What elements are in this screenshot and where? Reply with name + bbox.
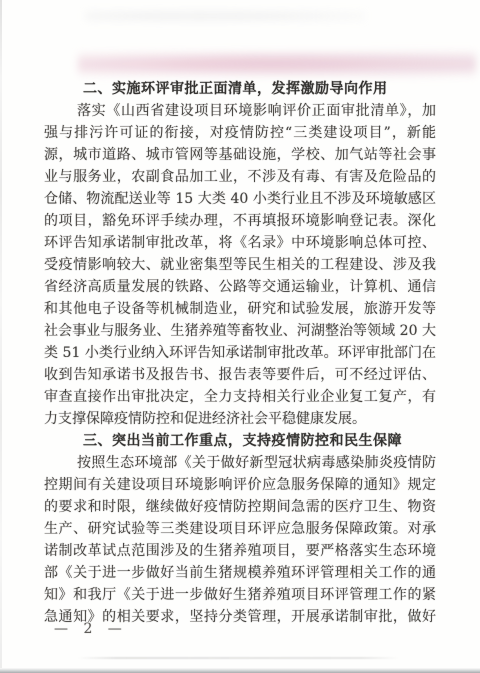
scan-left-edge-artifact xyxy=(0,0,2,673)
body-text-line: 落实《山西省建设项目环境影响评价正面审批清单》，加 xyxy=(44,100,436,122)
body-text-line: 和其他电子设备等机械制造业，研究和试验发展，旅游开发等 xyxy=(44,298,436,320)
scan-shadow-line xyxy=(78,657,400,659)
body-text-line: 力支撑保障疫情防控和促进经济社会平稳健康发展。 xyxy=(44,408,436,430)
body-text-line: 强与排污许可证的衔接，对疫情防控“三类建设项目”，新能 xyxy=(44,122,436,144)
body-text-line: 环评告知承诺制审批改革，将《名录》中环境影响总体可控、 xyxy=(44,232,436,254)
document-body: 二、实施环评审批正面清单，发挥激励导向作用落实《山西省建设项目环境影响评价正面审… xyxy=(44,78,436,628)
ink-bleedthrough-artifact xyxy=(78,46,476,78)
body-text-line: 省经济高质量发展的铁路、公路等交通运输业，计算机、通信 xyxy=(44,276,436,298)
body-text-line: 按照生态环境部《关于做好新型冠状病毒感染肺炎疫情防 xyxy=(44,452,436,474)
scan-smudge-artifact xyxy=(85,8,365,24)
body-text-line: 部《关于进一步做好当前生猪规模养殖环评管理相关工作的通 xyxy=(44,562,436,584)
body-text-line: 知》和我厅《关于进一步做好生猪养殖项目环评管理工作的紧 xyxy=(44,584,436,606)
body-text-line: 审查直接作出审批决定，全力支持相关行业企业复工复产，有 xyxy=(44,386,436,408)
body-text-line: 的要求和时限，继续做好疫情防控期间急需的医疗卫生、物资 xyxy=(44,496,436,518)
body-text-line: 社会事业与服务业、生猪养殖等畜牧业、河湖整治等领域 20 大 xyxy=(44,320,436,342)
section-heading: 三、突出当前工作重点，支持疫情防控和民生保障 xyxy=(44,430,436,452)
section-heading: 二、实施环评审批正面清单，发挥激励导向作用 xyxy=(44,78,436,100)
scanned-document-page: 二、实施环评审批正面清单，发挥激励导向作用落实《山西省建设项目环境影响评价正面审… xyxy=(0,0,480,673)
body-text-line: 的项目，豁免环评手续办理，不再填报环境影响登记表。深化 xyxy=(44,210,436,232)
body-text-line: 生产、研究试验等三类建设项目环评应急服务保障政策。对承 xyxy=(44,518,436,540)
body-text-line: 受疫情影响较大、就业密集型等民生相关的工程建设、涉及我 xyxy=(44,254,436,276)
body-text-line: 业与服务业，农副食品加工业，不涉及有毒、有害及危险品的 xyxy=(44,166,436,188)
body-text-line: 诺制改革试点范围涉及的生猪养殖项目，要严格落实生态环境 xyxy=(44,540,436,562)
body-text-line: 收到告知承诺书及报告书、报告表等要件后，可不经过评估、 xyxy=(44,364,436,386)
scan-bottom-edge xyxy=(0,668,480,673)
body-text-line: 源，城市道路、城市管网等基础设施，学校、加气站等社会事 xyxy=(44,144,436,166)
body-text-line: 仓储、物流配送业等 15 大类 40 小类行业且不涉及环境敏感区 xyxy=(44,188,436,210)
page-number: — 2 — xyxy=(54,621,123,637)
body-text-line: 类 51 小类行业纳入环评告知承诺制审批改革。环评审批部门在 xyxy=(44,342,436,364)
body-text-line: 控期间有关建设项目环境影响评价应急服务保障的通知》规定 xyxy=(44,474,436,496)
